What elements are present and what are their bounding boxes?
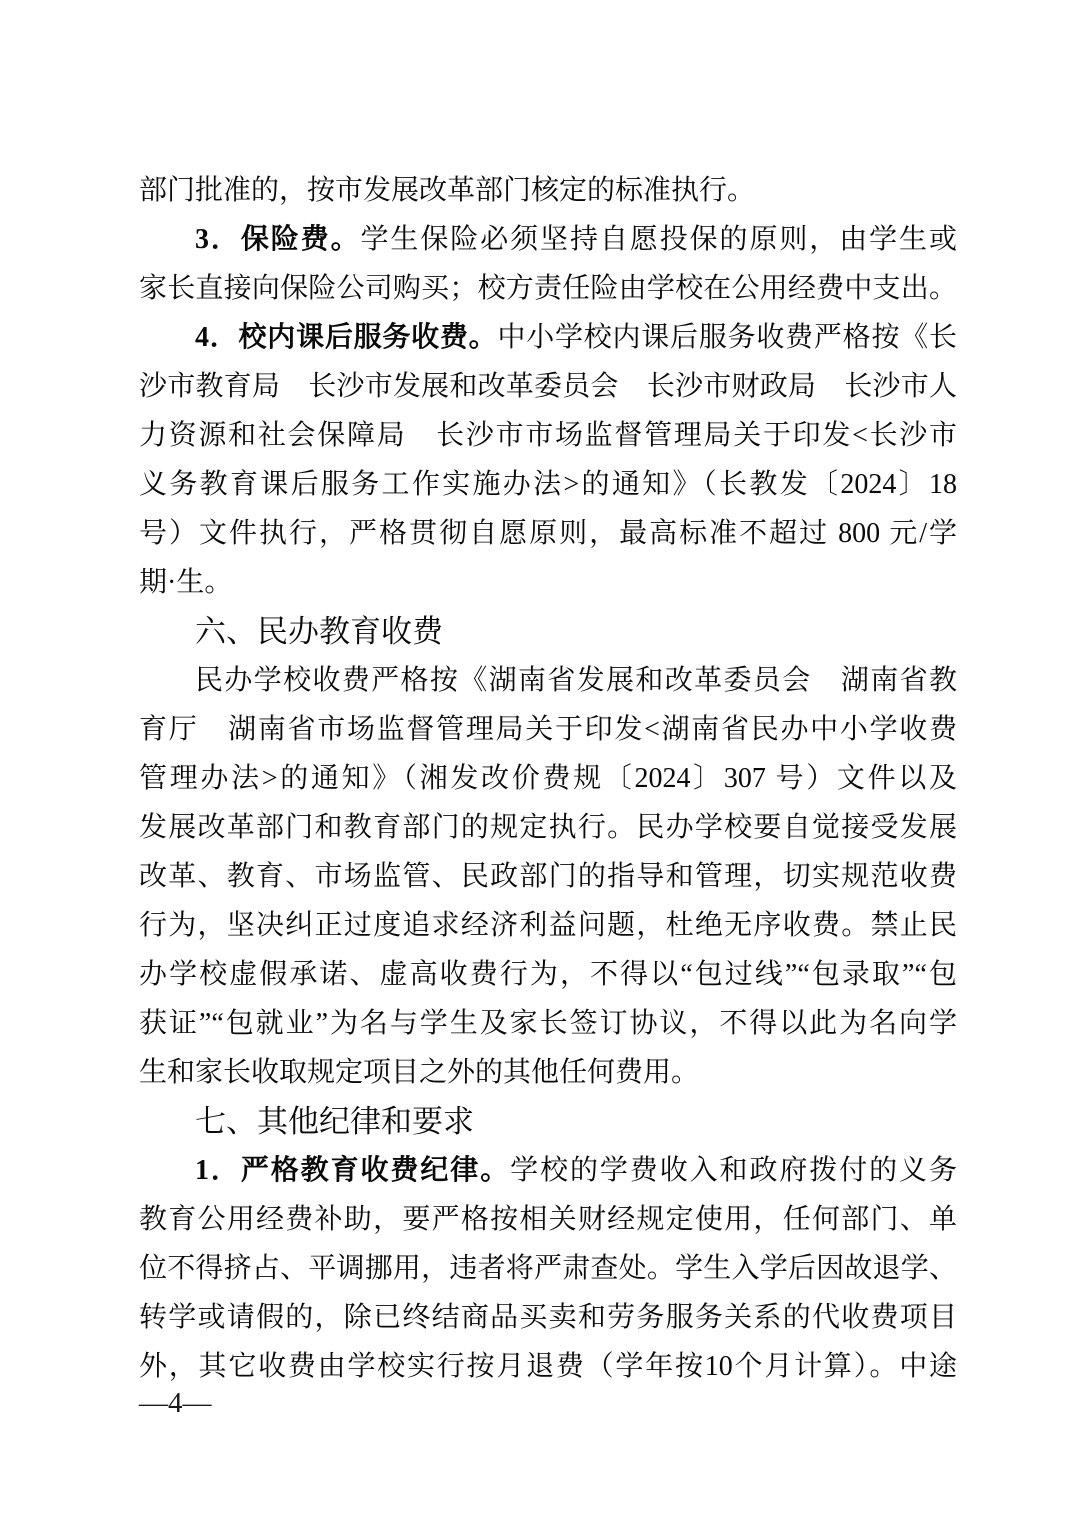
text-segment: 期·生。 xyxy=(139,567,232,598)
text-segment: 义务教育课后服务工作实施办法>的通知》（长教发〔2024〕18 xyxy=(139,469,957,500)
section-heading: 六、民办教育收费 xyxy=(139,607,957,656)
text-segment: 行为，坚决纠正过度追求经济利益问题，杜绝无序收费。禁止民 xyxy=(139,910,957,941)
text-segment: 生和家长收取规定项目之外的其他任何费用。 xyxy=(139,1057,699,1088)
text-segment: 沙市教育局 长沙市发展和改革委员会 长沙市财政局 长沙市人 xyxy=(139,371,957,402)
body-line: 力资源和社会保障局 长沙市市场监督管理局关于印发<长沙市 xyxy=(139,411,957,460)
text-segment: 六、民办教育收费 xyxy=(195,614,443,649)
body-line: 义务教育课后服务工作实施办法>的通知》（长教发〔2024〕18 xyxy=(139,460,957,509)
body-line: 获证”“包就业”为名与学生及家长签订协议，不得以此为名向学 xyxy=(139,999,957,1048)
text-segment: 家长直接向保险公司购买；校方责任险由学校在公用经费中支出。 xyxy=(139,273,957,304)
body-line: 沙市教育局 长沙市发展和改革委员会 长沙市财政局 长沙市人 xyxy=(139,362,957,411)
document-page: 部门批准的，按市发展改革部门核定的标准执行。3．保险费。学生保险必须坚持自愿投保… xyxy=(0,0,1074,1520)
body-line: 3．保险费。学生保险必须坚持自愿投保的原则，由学生或 xyxy=(139,215,957,264)
body-line: 号）文件执行，严格贯彻自愿原则，最高标准不超过 800 元/学 xyxy=(139,509,957,558)
text-segment: 发展改革部门和教育部门的规定执行。民办学校要自觉接受发展 xyxy=(139,812,957,843)
body-line: 办学校虚假承诺、虚高收费行为，不得以“包过线”“包录取”“包 xyxy=(139,950,957,999)
text-segment: 中小学校内课后服务收费严格按《长 xyxy=(497,322,957,353)
text-segment: 七、其他纪律和要求 xyxy=(195,1104,474,1139)
text-segment: 学生保险必须坚持自愿投保的原则，由学生或 xyxy=(361,224,957,255)
text-segment: 改革、教育、市场监管、民政部门的指导和管理，切实规范收费 xyxy=(139,861,957,892)
body-line: 家长直接向保险公司购买；校方责任险由学校在公用经费中支出。 xyxy=(139,264,957,313)
emphasized-text: 3．保险费。 xyxy=(195,224,361,255)
section-heading: 七、其他纪律和要求 xyxy=(139,1097,957,1146)
page-number: —4— xyxy=(139,1382,212,1424)
body-line: 位不得挤占、平调挪用，违者将严肃查处。学生入学后因故退学、 xyxy=(139,1244,957,1293)
text-segment: 外，其它收费由学校实行按月退费（学年按10个月计算）。中途 xyxy=(139,1351,957,1382)
text-segment: 学校的学费收入和政府拨付的义务 xyxy=(510,1155,957,1186)
body-line: 外，其它收费由学校实行按月退费（学年按10个月计算）。中途 xyxy=(139,1342,957,1391)
text-segment: 转学或请假的，除已终结商品买卖和劳务服务关系的代收费项目 xyxy=(139,1302,957,1333)
body-line: 教育公用经费补助，要严格按相关财经规定使用，任何部门、单 xyxy=(139,1195,957,1244)
text-segment: 管理办法>的通知》（湘发改价费规〔2024〕307 号）文件以及 xyxy=(139,763,957,794)
body-line: 行为，坚决纠正过度追求经济利益问题，杜绝无序收费。禁止民 xyxy=(139,901,957,950)
body-line: 部门批准的，按市发展改革部门核定的标准执行。 xyxy=(139,166,957,215)
body-line: 生和家长收取规定项目之外的其他任何费用。 xyxy=(139,1048,957,1097)
text-segment: 力资源和社会保障局 长沙市市场监督管理局关于印发<长沙市 xyxy=(139,420,957,451)
text-segment: 办学校虚假承诺、虚高收费行为，不得以“包过线”“包录取”“包 xyxy=(139,959,957,990)
document-body: 部门批准的，按市发展改革部门核定的标准执行。3．保险费。学生保险必须坚持自愿投保… xyxy=(139,166,957,1391)
body-line: 期·生。 xyxy=(139,558,957,607)
text-segment: 育厅 湖南省市场监督管理局关于印发<湖南省民办中小学收费 xyxy=(139,714,957,745)
text-segment: 位不得挤占、平调挪用，违者将严肃查处。学生入学后因故退学、 xyxy=(139,1253,957,1284)
body-line: 1．严格教育收费纪律。学校的学费收入和政府拨付的义务 xyxy=(139,1146,957,1195)
body-line: 改革、教育、市场监管、民政部门的指导和管理，切实规范收费 xyxy=(139,852,957,901)
text-segment: 号）文件执行，严格贯彻自愿原则，最高标准不超过 800 元/学 xyxy=(139,518,957,549)
text-segment: 部门批准的，按市发展改革部门核定的标准执行。 xyxy=(139,175,755,206)
body-line: 管理办法>的通知》（湘发改价费规〔2024〕307 号）文件以及 xyxy=(139,754,957,803)
body-line: 民办学校收费严格按《湖南省发展和改革委员会 湖南省教 xyxy=(139,656,957,705)
text-segment: 获证”“包就业”为名与学生及家长签订协议，不得以此为名向学 xyxy=(139,1008,957,1039)
text-segment: 民办学校收费严格按《湖南省发展和改革委员会 湖南省教 xyxy=(195,665,957,696)
emphasized-text: 4．校内课后服务收费。 xyxy=(195,322,497,353)
body-line: 发展改革部门和教育部门的规定执行。民办学校要自觉接受发展 xyxy=(139,803,957,852)
body-line: 转学或请假的，除已终结商品买卖和劳务服务关系的代收费项目 xyxy=(139,1293,957,1342)
body-line: 育厅 湖南省市场监督管理局关于印发<湖南省民办中小学收费 xyxy=(139,705,957,754)
text-segment: 教育公用经费补助，要严格按相关财经规定使用，任何部门、单 xyxy=(139,1204,957,1235)
emphasized-text: 1．严格教育收费纪律。 xyxy=(195,1155,510,1186)
body-line: 4．校内课后服务收费。中小学校内课后服务收费严格按《长 xyxy=(139,313,957,362)
